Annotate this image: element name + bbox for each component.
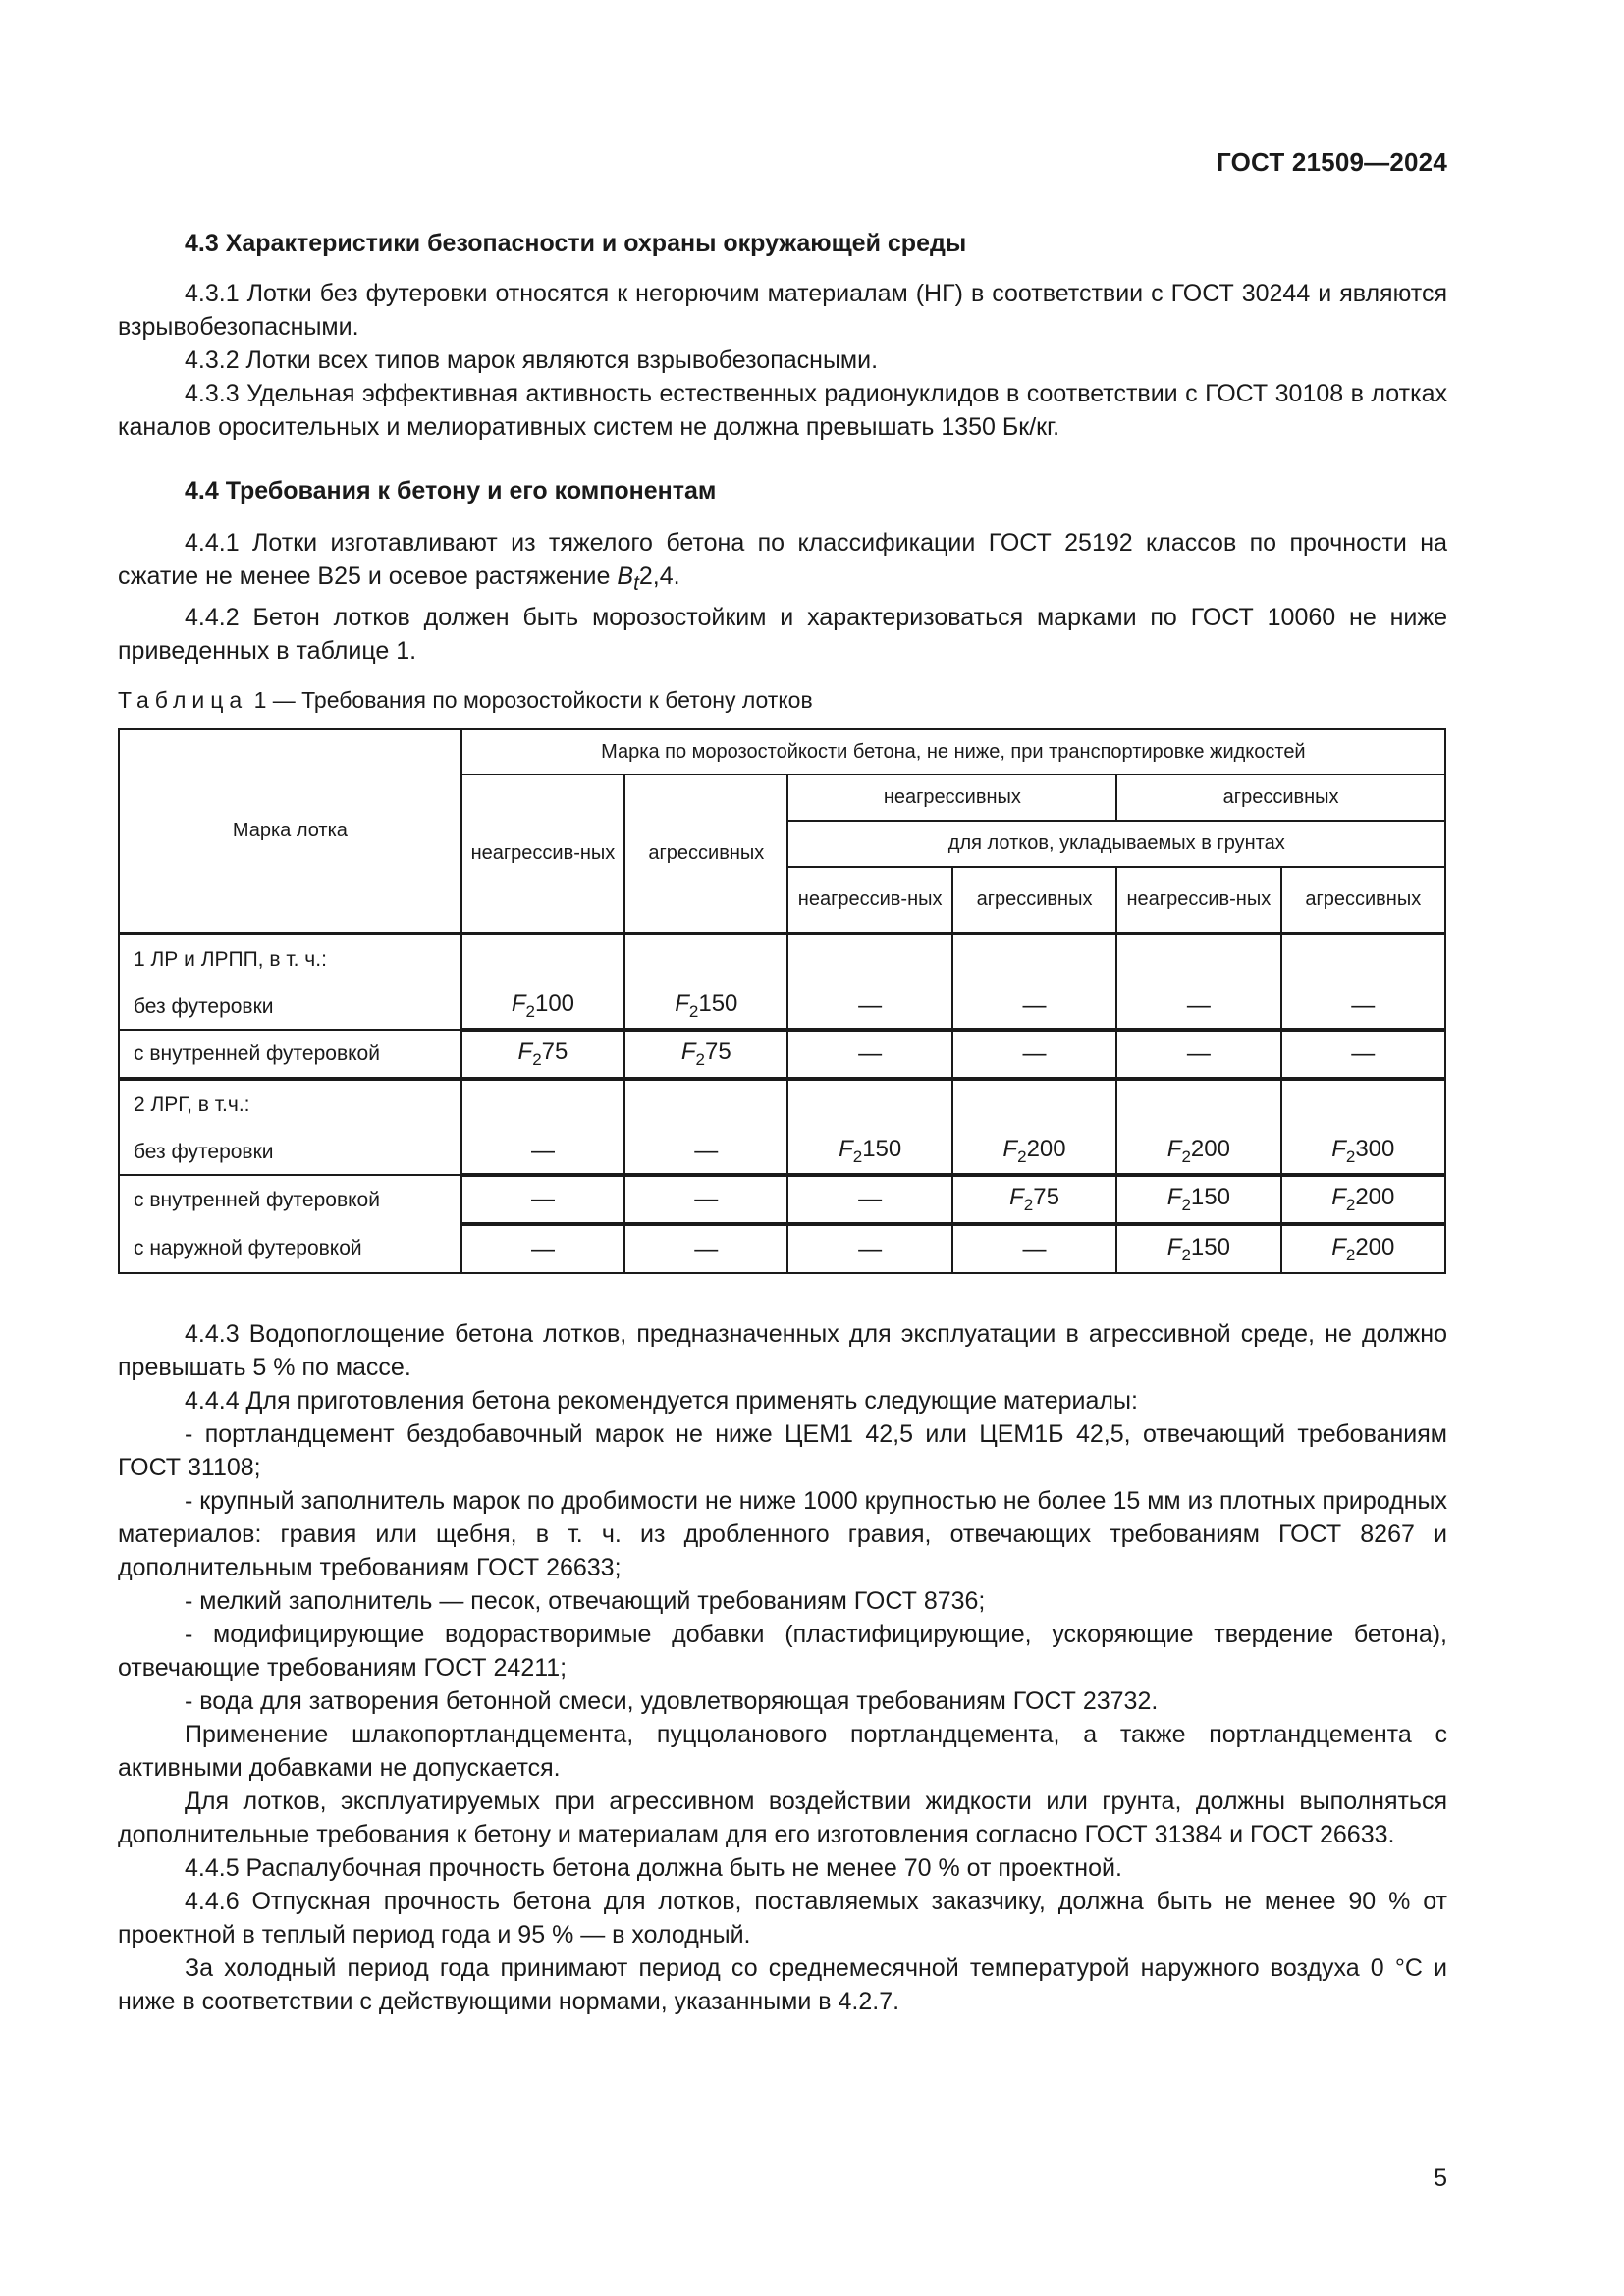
table-cell: F2200 <box>952 1130 1116 1175</box>
list-item: - модифицирующие водорастворимые добавки… <box>118 1618 1447 1684</box>
table-cell: — <box>1116 1030 1280 1079</box>
table-cell: F2150 <box>624 985 787 1030</box>
table-row: без футеровкиF2100F2150———— <box>119 985 1445 1030</box>
table-cell: — <box>624 1175 787 1224</box>
list-item: - мелкий заполнитель — песок, отвечающий… <box>118 1584 1447 1618</box>
table-cell: — <box>952 1030 1116 1079</box>
table-cell: F275 <box>624 1030 787 1079</box>
section-4-4-title: 4.4 Требования к бетону и его компонента… <box>118 477 716 506</box>
table-cell: — <box>1116 985 1280 1030</box>
paragraph-4-3-1: 4.3.1 Лотки без футеровки относятся к не… <box>118 277 1447 344</box>
table-cell: — <box>952 1224 1116 1273</box>
table-cell: F2200 <box>1116 1130 1280 1175</box>
table-row: с внутренней футеровкойF275F275———— <box>119 1030 1445 1079</box>
header-mark: Марка лотка <box>119 729 461 934</box>
table-cell: — <box>952 985 1116 1030</box>
table-cell: F275 <box>952 1175 1116 1224</box>
table-group-row: 2 ЛРГ, в т.ч.: <box>119 1079 1445 1130</box>
paragraph-4-4-6: 4.4.6 Отпускная прочность бетона для лот… <box>118 1885 1447 1951</box>
paragraph-4-4-1: 4.4.1 Лотки изготавливают из тяжелого бе… <box>118 526 1447 601</box>
paragraph-note-1: Применение шлакопортландцемента, пуццола… <box>118 1718 1447 1785</box>
section-4-4-continued: 4.4.3 Водопоглощение бетона лотков, пред… <box>118 1317 1447 2018</box>
row-label: с внутренней футеровкой <box>119 1175 461 1224</box>
table-cell: — <box>787 985 951 1030</box>
section-4-3-title: 4.3 Характеристики безопасности и охраны… <box>118 230 966 258</box>
paragraph-4-4-5: 4.4.5 Распалубочная прочность бетона дол… <box>118 1851 1447 1885</box>
table-cell: F2100 <box>461 985 624 1030</box>
table-cell: — <box>1281 1030 1445 1079</box>
table-cell: — <box>787 1175 951 1224</box>
paragraph-4-3-3: 4.3.3 Удельная эффективная активность ес… <box>118 377 1447 444</box>
section-4-4-body: 4.4.1 Лотки изготавливают из тяжелого бе… <box>118 526 1447 667</box>
header-soil-nonaggressive-liquids: неагрессивных <box>787 774 1116 821</box>
row-label: без футеровки <box>119 985 461 1030</box>
header-soil-nonaggressive-2: неагрессив-ных <box>1116 867 1280 934</box>
table-cell: — <box>461 1224 624 1273</box>
paragraph-4-4-3: 4.4.3 Водопоглощение бетона лотков, пред… <box>118 1317 1447 1384</box>
table-cell: — <box>787 1030 951 1079</box>
group-label: 2 ЛРГ, в т.ч.: <box>119 1079 461 1130</box>
header-group: Марка по морозостойкости бетона, не ниже… <box>461 729 1445 774</box>
table-body: 1 ЛР и ЛРПП, в т. ч.:без футеровкиF2100F… <box>119 934 1445 1273</box>
table-cell: F2150 <box>1116 1175 1280 1224</box>
table-cell: F2150 <box>1116 1224 1280 1273</box>
table-cell: — <box>624 1224 787 1273</box>
table-cell: F2200 <box>1281 1224 1445 1273</box>
table-cell: F2300 <box>1281 1130 1445 1175</box>
table-group-row: 1 ЛР и ЛРПП, в т. ч.: <box>119 934 1445 985</box>
paragraph-note-3: За холодный период года принимают период… <box>118 1951 1447 2018</box>
frost-resistance-table: Марка лотка Марка по морозостойкости бет… <box>118 728 1446 1274</box>
list-item: - вода для затворения бетонной смеси, уд… <box>118 1684 1447 1718</box>
list-item: - крупный заполнитель марок по дробимост… <box>118 1484 1447 1584</box>
header-soil-nonaggressive-1: неагрессив-ных <box>787 867 951 934</box>
header-soil-aggressive-1: агрессивных <box>952 867 1116 934</box>
header-aggressive: агрессивных <box>624 774 787 934</box>
table-row: без футеровки——F2150F2200F2200F2300 <box>119 1130 1445 1175</box>
header-soil-aggressive-2: агрессивных <box>1281 867 1445 934</box>
table-cell: — <box>624 1130 787 1175</box>
table-cell: F2150 <box>787 1130 951 1175</box>
header-nonaggressive: неагрессив-ных <box>461 774 624 934</box>
table-cell: — <box>461 1130 624 1175</box>
row-label: с внутренней футеровкой <box>119 1030 461 1079</box>
section-4-3-body: 4.3.1 Лотки без футеровки относятся к не… <box>118 277 1447 444</box>
table-cell: F2200 <box>1281 1175 1445 1224</box>
table-cell: — <box>1281 985 1445 1030</box>
table-cell: — <box>787 1224 951 1273</box>
paragraph-4-3-2: 4.3.2 Лотки всех типов марок являются вз… <box>118 344 1447 377</box>
paragraph-note-2: Для лотков, эксплуатируемых при агрессив… <box>118 1785 1447 1851</box>
paragraph-4-4-2: 4.4.2 Бетон лотков должен быть морозосто… <box>118 601 1447 667</box>
group-label: 1 ЛР и ЛРПП, в т. ч.: <box>119 934 461 985</box>
table-row: с наружной футеровкой————F2150F2200 <box>119 1224 1445 1273</box>
page-number: 5 <box>1434 2164 1447 2193</box>
header-soil-group: для лотков, укладываемых в грунтах <box>787 821 1445 867</box>
row-label: без футеровки <box>119 1130 461 1175</box>
table-row: с внутренней футеровкой———F275F2150F2200 <box>119 1175 1445 1224</box>
document-id-header: ГОСТ 21509—2024 <box>1217 147 1447 178</box>
paragraph-4-4-4: 4.4.4 Для приготовления бетона рекоменду… <box>118 1384 1447 1417</box>
table-1-caption: Таблица 1 — Требования по морозостойкост… <box>118 687 813 714</box>
table-cell: — <box>461 1175 624 1224</box>
list-item: - портландцемент бездобавочный марок не … <box>118 1417 1447 1484</box>
header-soil-aggressive-liquids: агрессивных <box>1116 774 1445 821</box>
row-label: с наружной футеровкой <box>119 1224 461 1273</box>
table-cell: F275 <box>461 1030 624 1079</box>
